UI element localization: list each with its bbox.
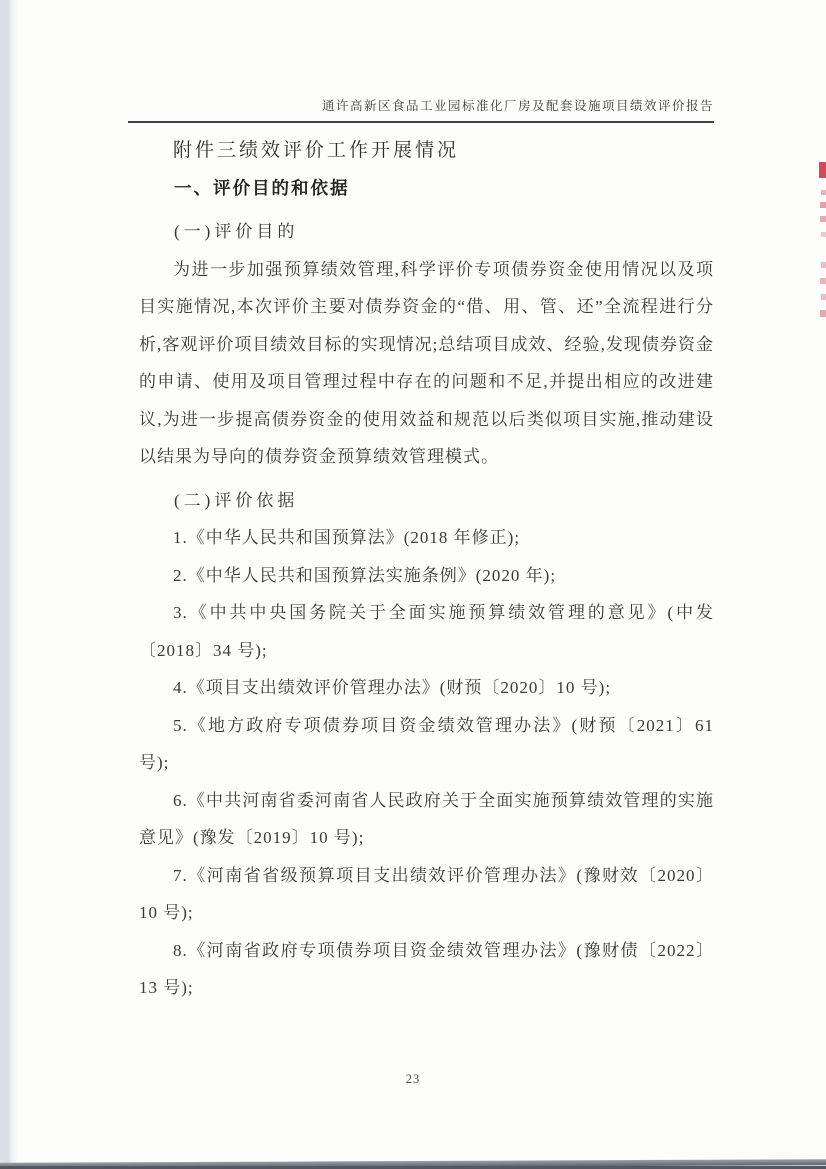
section-heading-evaluation-purpose-and-basis: 一、评价目的和依据 xyxy=(139,170,714,208)
scanned-document-page: 通许高新区食品工业园标准化厂房及配套设施项目绩效评价报告 附件三绩效评价工作开展… xyxy=(0,0,826,1169)
subsection-heading-evaluation-purpose: (一)评价目的 xyxy=(139,213,714,251)
reference-item-5: 5.《地方政府专项债券项目资金绩效管理办法》(财预〔2021〕61 号); xyxy=(139,707,714,782)
red-stamp-fragment xyxy=(820,216,826,222)
page-header-report-title: 通许高新区食品工业园标准化厂房及配套设施项目绩效评价报告 xyxy=(128,96,714,114)
red-stamp-fragment xyxy=(820,202,826,208)
reference-item-6: 6.《中共河南省委河南省人民政府关于全面实施预算绩效管理的实施意见》(豫发〔20… xyxy=(139,782,714,857)
red-stamp-fragment xyxy=(820,310,826,317)
reference-item-1: 1.《中华人民共和国预算法》(2018 年修正); xyxy=(139,519,714,557)
red-stamp-fragment xyxy=(821,232,826,237)
red-stamp-fragment xyxy=(821,262,826,268)
document-body: 附件三绩效评价工作开展情况 一、评价目的和依据 (一)评价目的 为进一步加强预算… xyxy=(139,132,714,1007)
attachment-title: 附件三绩效评价工作开展情况 xyxy=(139,132,714,170)
reference-item-3: 3.《中共中央国务院关于全面实施预算绩效管理的意见》(中发〔2018〕34 号)… xyxy=(139,594,714,669)
reference-item-4: 4.《项目支出绩效评价管理办法》(财预〔2020〕10 号); xyxy=(139,669,714,707)
reference-item-2: 2.《中华人民共和国预算法实施条例》(2020 年); xyxy=(139,557,714,595)
reference-item-7: 7.《河南省省级预算项目支出绩效评价管理办法》(豫财效〔2020〕10 号); xyxy=(139,857,714,932)
header-divider-rule xyxy=(128,121,714,123)
red-stamp-fragment xyxy=(819,162,826,178)
evaluation-purpose-paragraph: 为进一步加强预算绩效管理,科学评价专项债券资金使用情况以及项目实施情况,本次评价… xyxy=(139,251,714,476)
red-stamp-edge-marks xyxy=(814,158,826,328)
scan-left-edge-artifact xyxy=(0,0,18,1169)
red-stamp-fragment xyxy=(820,278,826,284)
subsection-heading-evaluation-basis: (二)评价依据 xyxy=(139,482,714,520)
page-number: 23 xyxy=(0,1072,826,1087)
red-stamp-fragment xyxy=(821,190,826,195)
reference-item-8: 8.《河南省政府专项债券项目资金绩效管理办法》(豫财债〔2022〕13 号); xyxy=(139,932,714,1007)
red-stamp-fragment xyxy=(821,294,826,300)
